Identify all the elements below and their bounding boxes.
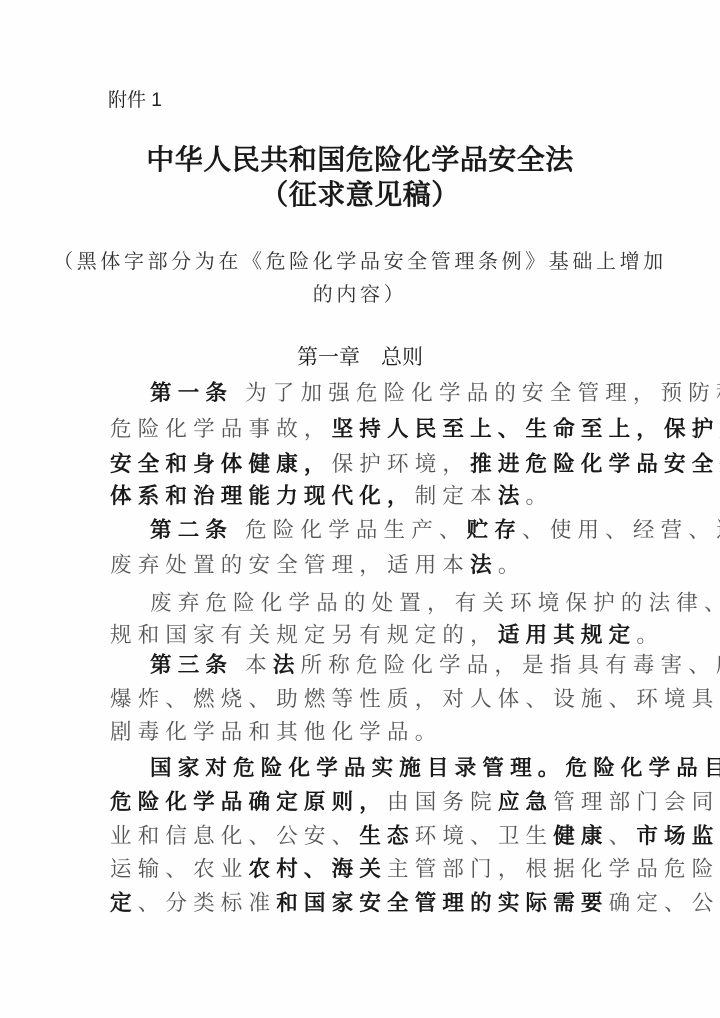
- original-text: 危险化学品生产、: [245, 518, 467, 543]
- added-text-bold: 健康: [553, 824, 608, 849]
- added-text-bold: 法: [273, 653, 301, 678]
- added-text-bold: 市场监管: [636, 824, 720, 849]
- text-line: 危险化学品确定原则，由国务院应急管理部门会同国务院工: [110, 792, 720, 814]
- added-text-bold: 安全和身体健康，: [110, 452, 332, 477]
- added-text-bold: 定: [110, 891, 138, 916]
- article-number: 第一条: [150, 381, 233, 406]
- text-line: 爆炸、燃烧、助燃等性质，对人体、设施、环境具有危害的: [110, 689, 720, 711]
- text-line: 第一条为了加强危险化学品的安全管理，预防和减少: [150, 383, 720, 405]
- original-text: 环境、卫生: [415, 824, 554, 849]
- original-text: 保护环境，: [332, 452, 471, 477]
- original-text: 为了加强危险化学品的安全管理，预防和减少: [245, 381, 720, 406]
- document-page: 附件 1 中华人民共和国危险化学品安全法 （征求意见稿） （黑体字部分为在《危险…: [0, 0, 720, 1018]
- original-text: 、分类标准: [138, 891, 277, 916]
- subtitle-note-line-2: 的内容）: [0, 284, 720, 304]
- text-line: 危险化学品事故，坚持人民至上、生命至上，保护人民生命: [110, 419, 720, 441]
- text-line: 第三条本法所称危险化学品，是指具有毒害、腐蚀、: [150, 655, 720, 677]
- text-line: 国家对危险化学品实施目录管理。危险化学品目录以及: [150, 758, 720, 780]
- text-line: 规和国家有关规定另有规定的，适用其规定。: [110, 625, 664, 647]
- original-text: 本: [245, 653, 273, 678]
- original-text: 。: [498, 553, 526, 578]
- text-line: 运输、农业农村、海关主管部门，根据化学品危险特性的鉴: [110, 859, 720, 881]
- original-text: 业和信息化、公安、: [110, 824, 359, 849]
- attachment-label: 附件 1: [108, 91, 162, 110]
- original-text: 。: [636, 623, 664, 648]
- subtitle-note-line-1: （黑体字部分为在《危险化学品安全管理条例》基础上增加: [0, 251, 720, 271]
- added-text-bold: 应急: [498, 790, 553, 815]
- added-text-bold: 国家对危险化学品实施目录管理。危险化学品目录以及: [150, 756, 720, 781]
- text-line: 废弃处置的安全管理，适用本法。: [110, 555, 526, 577]
- original-text: 爆炸、燃烧、助燃等性质，对人体、设施、环境具有危害的: [110, 687, 720, 712]
- added-text-bold: 贮存: [467, 518, 522, 543]
- text-line: 剧毒化学品和其他化学品。: [110, 722, 442, 744]
- original-text: 由国务院: [387, 790, 498, 815]
- original-text: 管理部门会同国务院工: [553, 790, 720, 815]
- original-text: 规和国家有关规定另有规定的，: [110, 623, 498, 648]
- document-title-draft-note: （征求意见稿）: [0, 181, 720, 209]
- text-line: 定、分类标准和国家安全管理的实际需要确定、公布，并适: [110, 893, 720, 915]
- article-number: 第三条: [150, 653, 233, 678]
- added-text-bold: 适用其规定: [498, 623, 637, 648]
- text-line: 第二条危险化学品生产、贮存、使用、经营、运输和: [150, 520, 720, 542]
- added-text-bold: 推进危险化学品安全生产治理: [470, 452, 720, 477]
- added-text-bold: 生态: [359, 824, 414, 849]
- original-text: 主管部门，根据化学品危险特性的: [387, 857, 720, 882]
- original-text: 危险化学品事故，: [110, 417, 332, 442]
- chapter-heading: 第一章 总则: [0, 347, 720, 368]
- text-line: 废弃危险化学品的处置，有关环境保护的法律、行政法: [150, 593, 720, 615]
- original-text: 制定本: [415, 484, 498, 509]
- original-text: 确定、公布，并适: [609, 891, 720, 916]
- original-text: 剧毒化学品和其他化学品。: [110, 720, 442, 745]
- added-text-bold: 法: [470, 553, 498, 578]
- added-text-bold: 体系和治理能力现代化，: [110, 484, 415, 509]
- text-line: 安全和身体健康，保护环境，推进危险化学品安全生产治理: [110, 454, 720, 476]
- added-text-bold: 法: [498, 484, 526, 509]
- article-number: 第二条: [150, 518, 233, 543]
- original-text: 。: [526, 484, 554, 509]
- added-text-bold: 坚持人民至上、生命至上，保护人民生命: [332, 417, 720, 442]
- original-text: 、使用、经营、运输和: [522, 518, 720, 543]
- document-title: 中华人民共和国危险化学品安全法: [0, 146, 720, 174]
- text-line: 业和信息化、公安、生态环境、卫生健康、市场监管、交通: [110, 826, 720, 848]
- added-text-bold: 和国家安全管理的实际需要: [276, 891, 608, 916]
- original-text: 废弃危险化学品的处置，有关环境保护的法律、行政法: [150, 591, 720, 616]
- added-text-bold: 危险化学品确定原则，: [110, 790, 387, 815]
- original-text: 运输、农业: [110, 857, 249, 882]
- text-line: 体系和治理能力现代化，制定本法。: [110, 486, 553, 508]
- original-text: 、: [609, 824, 637, 849]
- original-text: 废弃处置的安全管理，适用本: [110, 553, 470, 578]
- original-text: 所称危险化学品，是指具有毒害、腐蚀、: [301, 653, 720, 678]
- added-text-bold: 农村、海关: [249, 857, 388, 882]
